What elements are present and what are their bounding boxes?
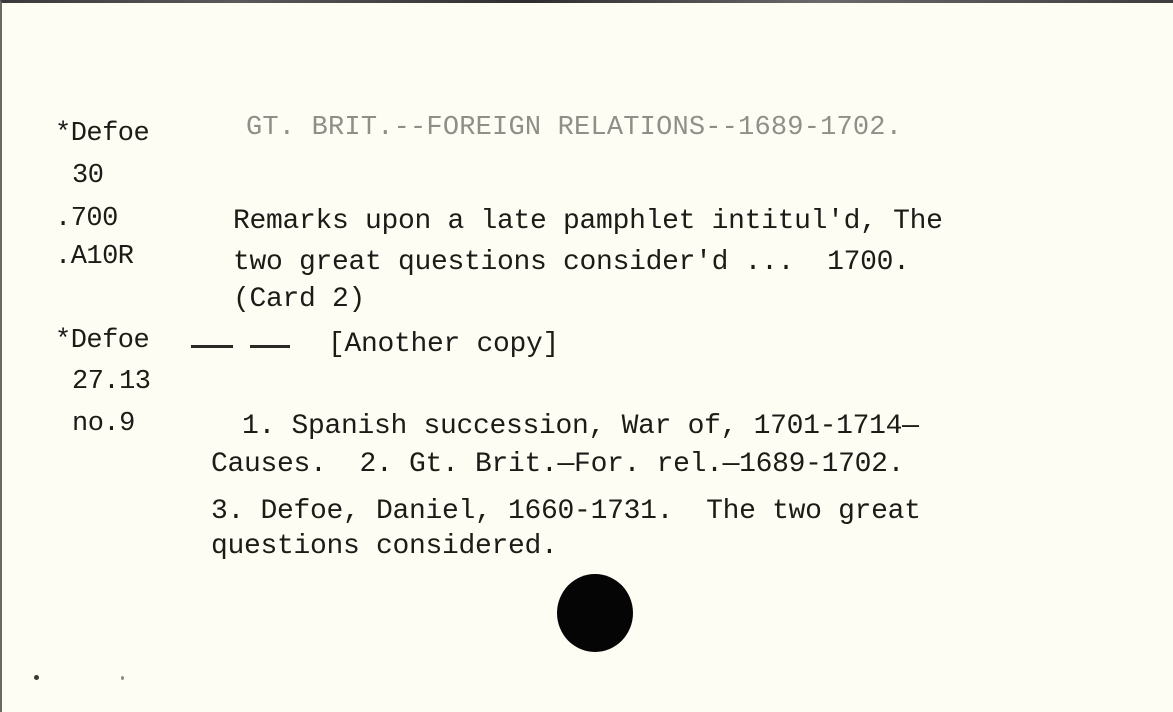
card-top-edge (2, 0, 1173, 3)
description-line-2: two great questions consider'd ... 1700. (233, 249, 910, 277)
call-number-1-line-2: 30 (72, 163, 103, 190)
tracing-line-1: 1. Spanish succession, War of, 1701-1714… (242, 413, 919, 441)
description-line-3: (Card 2) (233, 286, 365, 314)
catalog-card: *Defoe 30 .700 .A10R GT. BRIT.--FOREIGN … (0, 0, 1173, 712)
speck-mark (121, 676, 124, 680)
tracing-line-3: 3. Defoe, Daniel, 1660-1731. The two gre… (211, 498, 921, 526)
another-copy-note: [Another copy] (328, 331, 559, 359)
call-number-1-line-3: .700 (55, 206, 118, 233)
call-number-2-line-2: 27.13 (72, 369, 151, 396)
call-number-2-line-1: *Defoe (55, 328, 149, 355)
ditto-dash-2 (250, 345, 290, 348)
tracing-line-2: Causes. 2. Gt. Brit.—For. rel.—1689-1702… (211, 451, 904, 479)
description-line-1: Remarks upon a late pamphlet intitul'd, … (233, 208, 943, 236)
punch-hole (557, 574, 633, 652)
speck-mark (34, 675, 39, 680)
tracing-line-4: questions considered. (211, 533, 558, 561)
call-number-2-line-3: no.9 (72, 411, 135, 438)
call-number-1-line-4: .A10R (55, 244, 134, 271)
subject-heading: GT. BRIT.--FOREIGN RELATIONS--1689-1702. (246, 113, 902, 143)
ditto-dash-1 (191, 345, 233, 348)
call-number-1-line-1: *Defoe (55, 121, 149, 148)
